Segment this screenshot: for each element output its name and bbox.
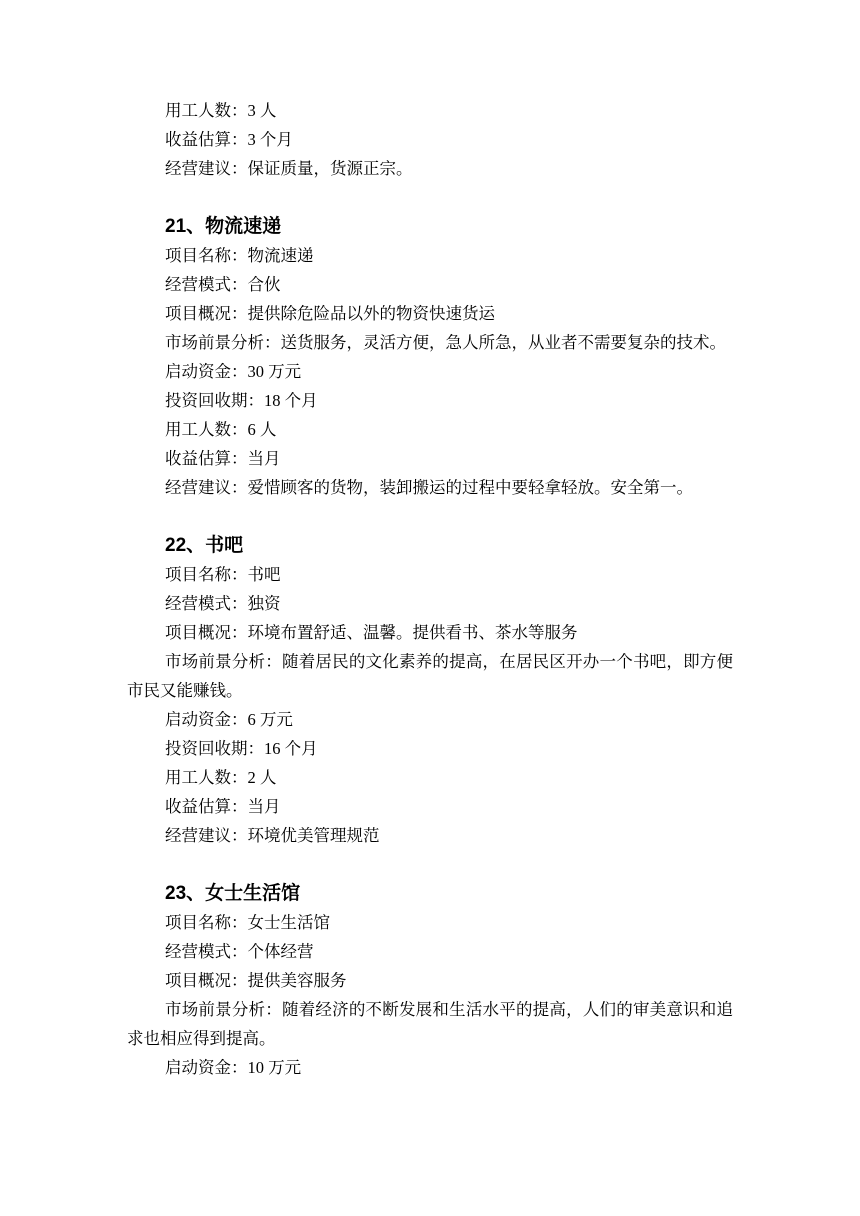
section-heading: 21、物流速递 — [127, 212, 733, 241]
field-line: 经营模式：个体经营 — [127, 937, 733, 966]
field-line: 启动资金：6 万元 — [127, 705, 733, 734]
field-line: 市场前景分析：送货服务，灵活方便，急人所急，从业者不需要复杂的技术。 — [127, 328, 733, 357]
field-line: 经营模式：合伙 — [127, 270, 733, 299]
field-line: 启动资金：30 万元 — [127, 357, 733, 386]
field-line: 项目概况：环境布置舒适、温馨。提供看书、茶水等服务 — [127, 618, 733, 647]
field-line: 项目概况：提供美容服务 — [127, 966, 733, 995]
section-heading: 23、女士生活馆 — [127, 879, 733, 908]
field-line: 项目概况：提供除危险品以外的物资快速货运 — [127, 299, 733, 328]
field-line: 投资回收期：16 个月 — [127, 734, 733, 763]
field-line: 用工人数：2 人 — [127, 763, 733, 792]
field-line: 项目名称：女士生活馆 — [127, 908, 733, 937]
field-line: 用工人数：6 人 — [127, 415, 733, 444]
field-line: 市场前景分析：随着经济的不断发展和生活水平的提高，人们的审美意识和追求也相应得到… — [127, 995, 733, 1053]
section-heading: 22、书吧 — [127, 531, 733, 560]
field-line: 经营建议：保证质量，货源正宗。 — [127, 154, 733, 183]
document-page: 用工人数：3 人收益估算：3 个月经营建议：保证质量，货源正宗。21、物流速递项… — [0, 0, 860, 1216]
field-line: 经营建议：环境优美管理规范 — [127, 821, 733, 850]
field-line: 收益估算：3 个月 — [127, 125, 733, 154]
field-line: 经营模式：独资 — [127, 589, 733, 618]
field-line: 启动资金：10 万元 — [127, 1053, 733, 1082]
field-line: 市场前景分析：随着居民的文化素养的提高，在居民区开办一个书吧，即方便市民又能赚钱… — [127, 647, 733, 705]
field-line: 经营建议：爱惜顾客的货物，装卸搬运的过程中要轻拿轻放。安全第一。 — [127, 473, 733, 502]
field-line: 项目名称：书吧 — [127, 560, 733, 589]
field-line: 投资回收期：18 个月 — [127, 386, 733, 415]
field-line: 项目名称：物流速递 — [127, 241, 733, 270]
document-body: 用工人数：3 人收益估算：3 个月经营建议：保证质量，货源正宗。21、物流速递项… — [127, 96, 733, 1082]
field-line: 收益估算：当月 — [127, 444, 733, 473]
field-line: 收益估算：当月 — [127, 792, 733, 821]
field-line: 用工人数：3 人 — [127, 96, 733, 125]
